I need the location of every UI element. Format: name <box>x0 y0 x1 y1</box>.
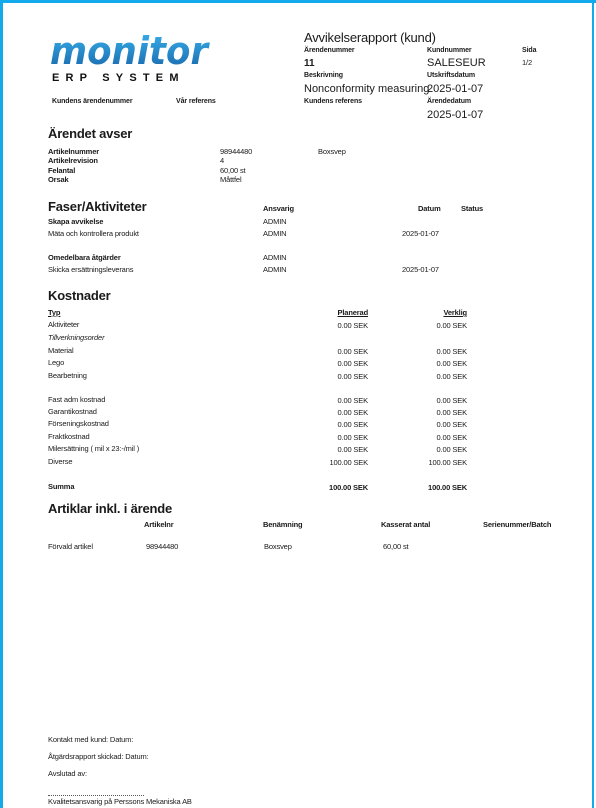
cost-row-planned: 0.00 SEK <box>300 347 368 356</box>
phase-activity-date: 2025-01-07 <box>402 265 439 274</box>
cost-row-actual: 0.00 SEK <box>400 396 467 405</box>
frame-top-border <box>0 0 596 3</box>
phase-activity-responsible: ADMIN <box>263 229 286 238</box>
signature-caption: Kvalitetsansvarig på Perssons Mekaniska … <box>48 797 192 806</box>
cost-row-actual: 0.00 SEK <box>400 420 467 429</box>
cost-row-actual: 0.00 SEK <box>400 433 467 442</box>
costs-col-type: Typ <box>48 308 60 317</box>
costs-col-planned: Planerad <box>300 308 368 317</box>
print-date: 2025-01-07 <box>427 83 483 95</box>
case-number: 11 <box>304 58 315 69</box>
customer-case-number-label: Kundens ärendenummer <box>52 98 132 105</box>
customer-reference-label: Kundens referens <box>304 98 362 105</box>
costs-heading: Kostnader <box>48 288 111 303</box>
customer-number-label: Kundnummer <box>427 47 472 54</box>
article-row-name: Boxsvep <box>264 542 292 551</box>
phase-activity-name: Skicka ersättningsleverans <box>48 265 133 274</box>
page-label: Sida <box>522 47 536 54</box>
cost-row-actual: 0.00 SEK <box>400 372 467 381</box>
action-report-sent-line: Åtgärdsrapport skickad: Datum: <box>48 752 149 761</box>
cost-row-planned: 0.00 SEK <box>300 408 368 417</box>
cost-row-planned: 0.00 SEK <box>300 433 368 442</box>
concerns-row-label: Felantal <box>48 166 75 175</box>
concerns-row-value: 60,00 st <box>220 166 246 175</box>
concerns-row-label: Artikelnummer <box>48 147 99 156</box>
phase-group-responsible: ADMIN <box>263 217 286 226</box>
articles-col-article-no: Artikelnr <box>144 520 174 529</box>
frame-left-border <box>0 0 3 808</box>
phases-col-date: Datum <box>418 204 441 213</box>
case-date: 2025-01-07 <box>427 109 483 121</box>
page-number: 1/2 <box>522 58 532 67</box>
cost-total-actual: 100.00 SEK <box>400 483 467 492</box>
cost-row-type: Förseningskostnad <box>48 419 109 428</box>
phases-col-responsible: Ansvarig <box>263 204 294 213</box>
customer-number: SALESEUR <box>427 57 486 69</box>
concerns-row-value: 4 <box>220 156 224 165</box>
case-number-label: Ärendenummer <box>304 47 355 54</box>
concerns-row-value: 98944480 <box>220 147 252 156</box>
phases-heading: Faser/Aktiviteter <box>48 199 146 214</box>
monitor-logo-icon: monitor <box>50 34 210 68</box>
signature-line <box>48 795 144 796</box>
phase-activity-responsible: ADMIN <box>263 265 286 274</box>
svg-text:monitor: monitor <box>50 34 210 68</box>
frame-right-border <box>592 0 594 808</box>
cost-row-type: Garantikostnad <box>48 407 97 416</box>
cost-row-planned: 0.00 SEK <box>300 359 368 368</box>
article-row-label: Förvald artikel <box>48 542 93 551</box>
description: Nonconformity measuring <box>304 83 429 95</box>
phases-col-status: Status <box>461 204 483 213</box>
cost-row-actual: 0.00 SEK <box>400 359 467 368</box>
phase-activity-name: Mäta och kontrollera produkt <box>48 229 139 238</box>
articles-col-name: Benämning <box>263 520 303 529</box>
concerns-row-extra: Boxsvep <box>318 147 346 156</box>
concerns-row-label: Orsak <box>48 175 69 184</box>
cost-row-type: Fraktkostnad <box>48 432 90 441</box>
cost-total-planned: 100.00 SEK <box>300 483 368 492</box>
phase-group-name: Skapa avvikelse <box>48 217 103 226</box>
description-label: Beskrivning <box>304 72 343 79</box>
articles-col-serial-batch: Serienummer/Batch <box>483 520 551 529</box>
cost-row-actual: 0.00 SEK <box>400 321 467 330</box>
cost-total-label: Summa <box>48 482 74 491</box>
cost-row-planned: 0.00 SEK <box>300 420 368 429</box>
cost-row-planned: 0.00 SEK <box>300 372 368 381</box>
cost-row-type: Milersättning ( mil x 23:-/mil ) <box>48 444 139 453</box>
cost-row-planned: 100.00 SEK <box>300 458 368 467</box>
articles-col-scrapped-qty: Kasserat antal <box>381 520 430 529</box>
concerns-heading: Ärendet avser <box>48 126 132 141</box>
case-date-label: Ärendedatum <box>427 98 471 105</box>
cost-row-type: Material <box>48 346 73 355</box>
cost-row-planned: 0.00 SEK <box>300 396 368 405</box>
closed-by-line: Avslutad av: <box>48 769 87 778</box>
cost-row-type: Aktiviteter <box>48 320 79 329</box>
concerns-row-label: Artikelrevision <box>48 156 98 165</box>
our-reference-label: Vår referens <box>176 98 216 105</box>
article-row-number: 98944480 <box>146 542 178 551</box>
cost-row-planned: 0.00 SEK <box>300 321 368 330</box>
contact-customer-line: Kontakt med kund: Datum: <box>48 735 133 744</box>
concerns-row-value: Måttfel <box>220 175 241 184</box>
cost-row-planned: 0.00 SEK <box>300 445 368 454</box>
article-row-scrapped-qty: 60,00 st <box>383 542 409 551</box>
costs-col-actual: Verklig <box>400 308 467 317</box>
print-date-label: Utskriftsdatum <box>427 72 475 79</box>
phase-group-responsible: ADMIN <box>263 253 286 262</box>
cost-row-actual: 0.00 SEK <box>400 445 467 454</box>
cost-row-type: Diverse <box>48 457 72 466</box>
articles-heading: Artiklar inkl. i ärende <box>48 501 172 516</box>
report-title: Avvikelserapport (kund) <box>304 30 436 45</box>
phase-group-name: Omedelbara åtgärder <box>48 253 121 262</box>
cost-row-actual: 0.00 SEK <box>400 408 467 417</box>
logo-subtitle: ERP SYSTEM <box>52 72 185 84</box>
phase-activity-date: 2025-01-07 <box>402 229 439 238</box>
cost-row-type: Bearbetning <box>48 371 87 380</box>
cost-row-actual: 100.00 SEK <box>400 458 467 467</box>
cost-row-type: Tillverkningsorder <box>48 333 104 342</box>
cost-row-type: Lego <box>48 358 64 367</box>
cost-row-type: Fast adm kostnad <box>48 395 105 404</box>
cost-row-actual: 0.00 SEK <box>400 347 467 356</box>
